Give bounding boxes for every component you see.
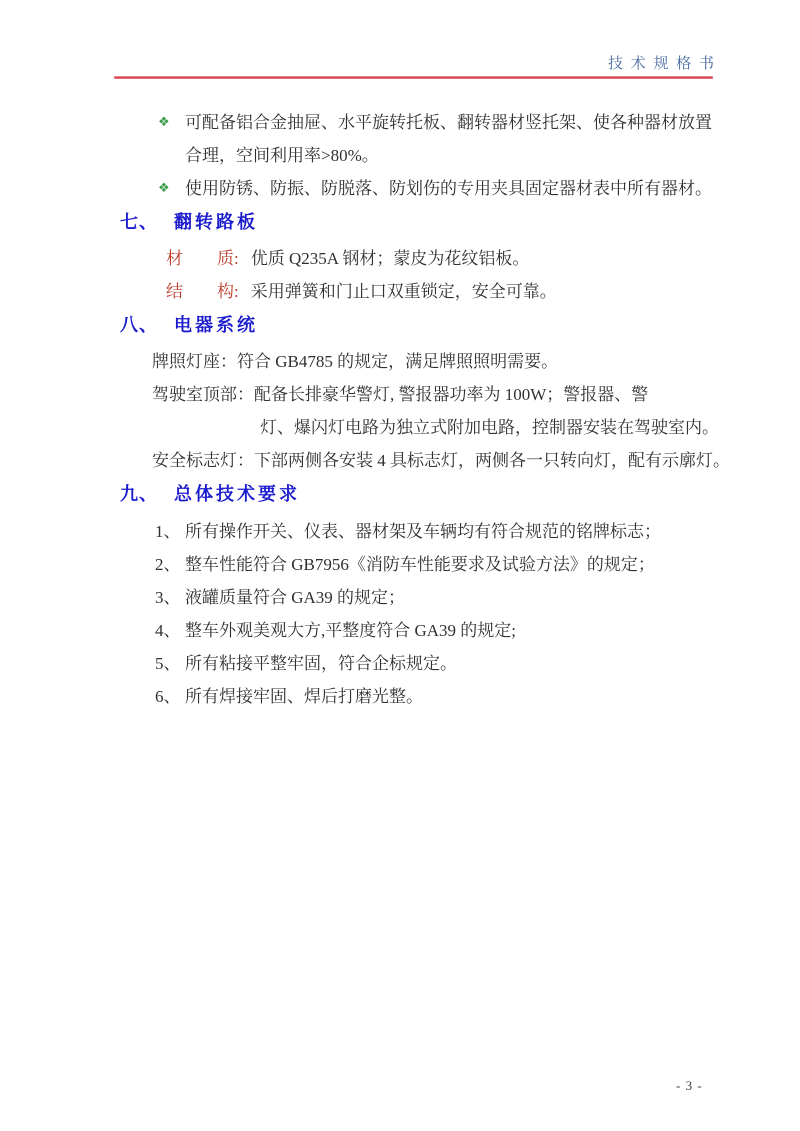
kv-value: 采用弹簧和门止口双重锁定，安全可靠。 <box>251 282 557 301</box>
section-number: 九、 <box>120 484 158 504</box>
item-number: 1、 <box>155 515 185 548</box>
bullet-text: 可配备铝合金抽屉、水平旋转托板、翻转器材竖托架、使各种器材放置 合理，空间利用率… <box>185 106 800 172</box>
section-number: 七、 <box>120 212 158 232</box>
section-title: 翻转路板 <box>174 212 258 232</box>
list-item: 6、所有焊接牢固、焊后打磨光整。 <box>155 680 800 713</box>
bullet-line: 使用防锈、防振、防脱落、防划伤的专用夹具固定器材表中所有器材。 <box>185 172 800 205</box>
kv-line-structure: 结 构:采用弹簧和门止口双重锁定，安全可靠。 <box>166 275 800 308</box>
section-general-requirements: 九、总体技术要求 1、所有操作开关、仪表、器材架及车辆均有符合规范的铭牌标志； … <box>0 481 800 713</box>
item-number: 2、 <box>155 548 185 581</box>
item-number: 4、 <box>155 614 185 647</box>
bullet-text: 使用防锈、防振、防脱落、防划伤的专用夹具固定器材表中所有器材。 <box>185 172 800 205</box>
kv-label: 材 质: <box>166 249 239 268</box>
list-item: ❖ 使用防锈、防振、防脱落、防划伤的专用夹具固定器材表中所有器材。 <box>158 172 800 205</box>
diamond-bullet-icon: ❖ <box>158 172 185 205</box>
list-item: 5、所有粘接平整牢固，符合企标规定。 <box>155 647 800 680</box>
document-page: 技 术 规 格 书 ❖ 可配备铝合金抽屉、水平旋转托板、翻转器材竖托架、使各种器… <box>0 0 800 1131</box>
section-number: 八、 <box>120 315 158 335</box>
document-content: ❖ 可配备铝合金抽屉、水平旋转托板、翻转器材竖托架、使各种器材放置 合理，空间利… <box>0 0 800 713</box>
section-title: 电器系统 <box>174 315 258 335</box>
item-number: 3、 <box>155 581 185 614</box>
section-flip-board: 七、翻转路板 材 质:优质 Q235A 钢材；蒙皮为花纹铝板。 结 构:采用弹簧… <box>0 209 800 308</box>
item-number: 6、 <box>155 680 185 713</box>
page-footer: - 3 - <box>676 1078 703 1094</box>
item-text: 所有操作开关、仪表、器材架及车辆均有符合规范的铭牌标志； <box>185 522 661 541</box>
item-number: 5、 <box>155 647 185 680</box>
bullet-line: 可配备铝合金抽屉、水平旋转托板、翻转器材竖托架、使各种器材放置 <box>185 106 800 139</box>
section-electrical-system: 八、电器系统 牌照灯座：符合 GB4785 的规定，满足牌照照明需要。 驾驶室顶… <box>0 312 800 477</box>
kv-line-material: 材 质:优质 Q235A 钢材；蒙皮为花纹铝板。 <box>166 242 800 275</box>
paragraph-line: 驾驶室顶部：配备长排豪华警灯, 警报器功率为 100W；警报器、警 <box>152 378 800 411</box>
kv-label: 结 构: <box>166 282 239 301</box>
item-text: 所有粘接平整牢固，符合企标规定。 <box>185 654 457 673</box>
list-item: 3、液罐质量符合 GA39 的规定； <box>155 581 800 614</box>
list-item: 1、所有操作开关、仪表、器材架及车辆均有符合规范的铭牌标志； <box>155 515 800 548</box>
section-heading: 七、翻转路板 <box>120 209 800 235</box>
item-text: 整车外观美观大方,平整度符合 GA39 的规定; <box>185 621 516 640</box>
paragraph-line: 牌照灯座：符合 GB4785 的规定，满足牌照照明需要。 <box>152 345 800 378</box>
numbered-list: 1、所有操作开关、仪表、器材架及车辆均有符合规范的铭牌标志； 2、整车性能符合 … <box>155 515 800 713</box>
list-item: ❖ 可配备铝合金抽屉、水平旋转托板、翻转器材竖托架、使各种器材放置 合理，空间利… <box>158 106 800 172</box>
paragraph-line: 安全标志灯：下部两侧各安装 4 具标志灯，两侧各一只转向灯，配有示廓灯。 <box>152 444 800 477</box>
item-text: 整车性能符合 GB7956《消防车性能要求及试验方法》的规定； <box>185 555 655 574</box>
section-title: 总体技术要求 <box>174 484 300 504</box>
list-item: 2、整车性能符合 GB7956《消防车性能要求及试验方法》的规定； <box>155 548 800 581</box>
bullet-list: ❖ 可配备铝合金抽屉、水平旋转托板、翻转器材竖托架、使各种器材放置 合理，空间利… <box>158 106 800 205</box>
section-heading: 九、总体技术要求 <box>120 481 800 507</box>
list-item: 4、整车外观美观大方,平整度符合 GA39 的规定; <box>155 614 800 647</box>
paragraph-line-continuation: 灯、爆闪灯电路为独立式附加电路，控制器安装在驾驶室内。 <box>260 411 800 444</box>
item-text: 液罐质量符合 GA39 的规定； <box>185 588 405 607</box>
section-heading: 八、电器系统 <box>120 312 800 338</box>
paragraph-block: 牌照灯座：符合 GB4785 的规定，满足牌照照明需要。 驾驶室顶部：配备长排豪… <box>0 345 800 477</box>
item-text: 所有焊接牢固、焊后打磨光整。 <box>185 687 423 706</box>
diamond-bullet-icon: ❖ <box>158 106 185 139</box>
page-number: - 3 - <box>676 1078 703 1093</box>
kv-value: 优质 Q235A 钢材；蒙皮为花纹铝板。 <box>251 249 530 268</box>
kv-block: 材 质:优质 Q235A 钢材；蒙皮为花纹铝板。 结 构:采用弹簧和门止口双重锁… <box>166 242 800 308</box>
bullet-line: 合理，空间利用率>80%。 <box>185 139 800 172</box>
